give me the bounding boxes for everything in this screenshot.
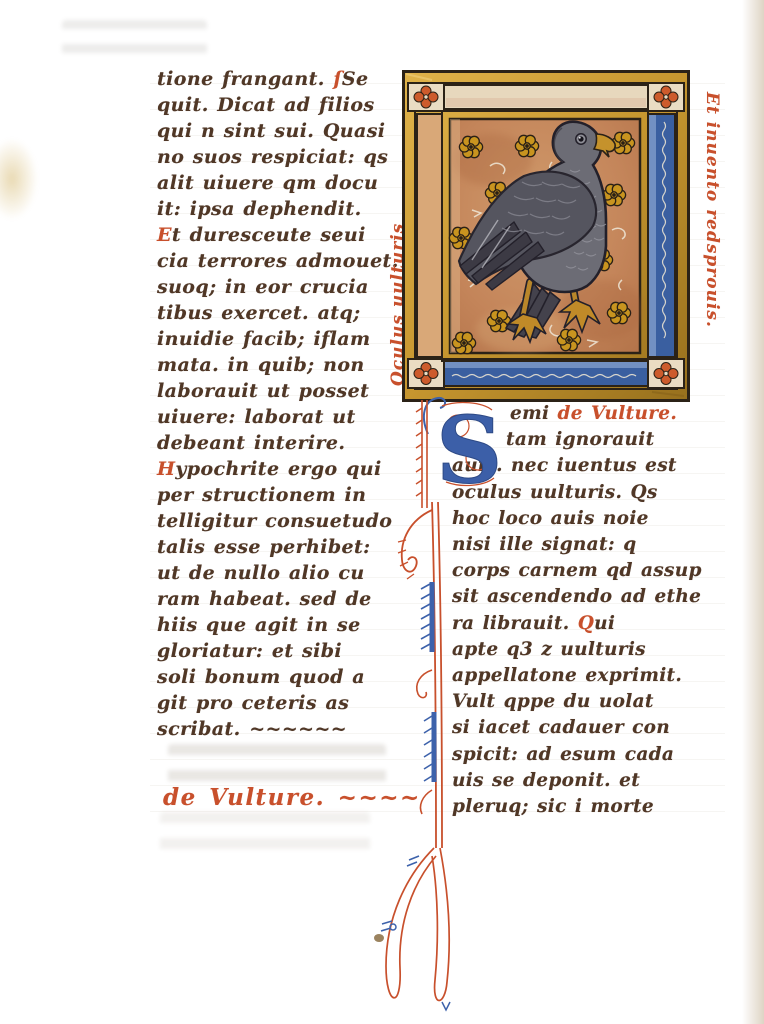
- text-segment: ut de nullo alio cu: [157, 562, 365, 584]
- text-segment: alit uiuere qm docu: [157, 172, 378, 194]
- show-through-text: [160, 812, 370, 862]
- faded-inscription: [62, 20, 207, 66]
- caption-right-margin: Et inuento redsprouis.: [702, 92, 722, 364]
- text-line: no suos respiciat: qs: [157, 144, 407, 170]
- text-segment: it: ipsa dephendit.: [157, 198, 362, 220]
- text-segment: mata. in quib; non: [157, 354, 365, 376]
- text-segment: H: [157, 458, 175, 480]
- text-line: tibus exercet. atq;: [157, 300, 407, 326]
- penwork-initial-and-bar: S: [362, 390, 502, 1024]
- text-line: alit uiuere qm docu: [157, 170, 407, 196]
- text-segment: telligitur consuetudo: [157, 510, 392, 532]
- rosette: [607, 302, 630, 323]
- text-segment: emi: [510, 403, 558, 424]
- text-segment: ~~~~~~: [249, 718, 347, 740]
- illuminated-initial-s: S: [436, 396, 502, 504]
- text-segment: Q: [578, 613, 594, 634]
- text-segment: de Vulture.: [558, 403, 678, 424]
- text-segment: cia terrores admouet.: [157, 250, 399, 272]
- text-line: cia terrores admouet.: [157, 248, 407, 274]
- rosette: [557, 329, 580, 350]
- text-segment: suoq; in eor crucia: [157, 276, 369, 298]
- vulture-miniature: [402, 70, 690, 402]
- text-segment: git pro ceteris as: [157, 692, 349, 714]
- text-segment: tibus exercet. atq;: [157, 302, 361, 324]
- text-line: quit. Dicat ad filios: [157, 92, 407, 118]
- text-segment: ui: [594, 613, 615, 634]
- text-segment: de Vulture.: [163, 784, 325, 811]
- show-through-text: [168, 744, 386, 788]
- text-segment: talis esse perhibet:: [157, 536, 371, 558]
- text-line: tione frangant. ſSe: [157, 66, 407, 92]
- text-line: qui n sint sui. Quasi: [157, 118, 407, 144]
- text-segment: hiis que agit in se: [157, 614, 361, 636]
- text-segment: qui n sint sui. Quasi: [157, 120, 385, 142]
- left-peach-band: [417, 114, 442, 357]
- text-segment: inuidie facib; iflam: [157, 328, 370, 350]
- rosette: [452, 332, 475, 353]
- text-line: Et duresceute seui: [157, 222, 407, 248]
- rosette: [459, 136, 482, 157]
- text-segment: scribat.: [157, 718, 249, 740]
- text-segment: t duresceute seui: [172, 224, 366, 246]
- initial-letter: S: [436, 396, 502, 504]
- text-line: mata. in quib; non: [157, 352, 407, 378]
- ink-speck: [374, 934, 384, 942]
- text-segment: quit. Dicat ad filios: [157, 94, 375, 116]
- text-segment: laborauit ut posset: [157, 380, 369, 402]
- parchment-stain: [0, 138, 38, 220]
- text-segment: ypochrite ergo qui: [175, 458, 381, 480]
- text-segment: ſ: [333, 68, 342, 90]
- text-line: inuidie facib; iflam: [157, 326, 407, 352]
- text-segment: soli bonum quod a: [157, 666, 365, 688]
- text-segment: per structionem in: [157, 484, 366, 506]
- rosette: [515, 135, 538, 156]
- text-segment: tam ignorauit: [506, 429, 654, 450]
- text-segment: Se: [342, 68, 369, 90]
- page-edge-shadow: [742, 0, 764, 1024]
- text-line: suoq; in eor crucia: [157, 274, 407, 300]
- text-segment: tione frangant.: [157, 68, 333, 90]
- text-segment: uiuere: laborat ut: [157, 406, 356, 428]
- manuscript-page: tione frangant. ſSequit. Dicat ad filios…: [0, 0, 764, 1024]
- text-segment: E: [157, 224, 172, 246]
- text-line: it: ipsa dephendit.: [157, 196, 407, 222]
- text-segment: debeant interire.: [157, 432, 345, 454]
- text-segment: no suos respiciat: qs: [157, 146, 388, 168]
- text-segment: ram habeat. sed de: [157, 588, 372, 610]
- text-segment: gloriatur: et sibi: [157, 640, 342, 662]
